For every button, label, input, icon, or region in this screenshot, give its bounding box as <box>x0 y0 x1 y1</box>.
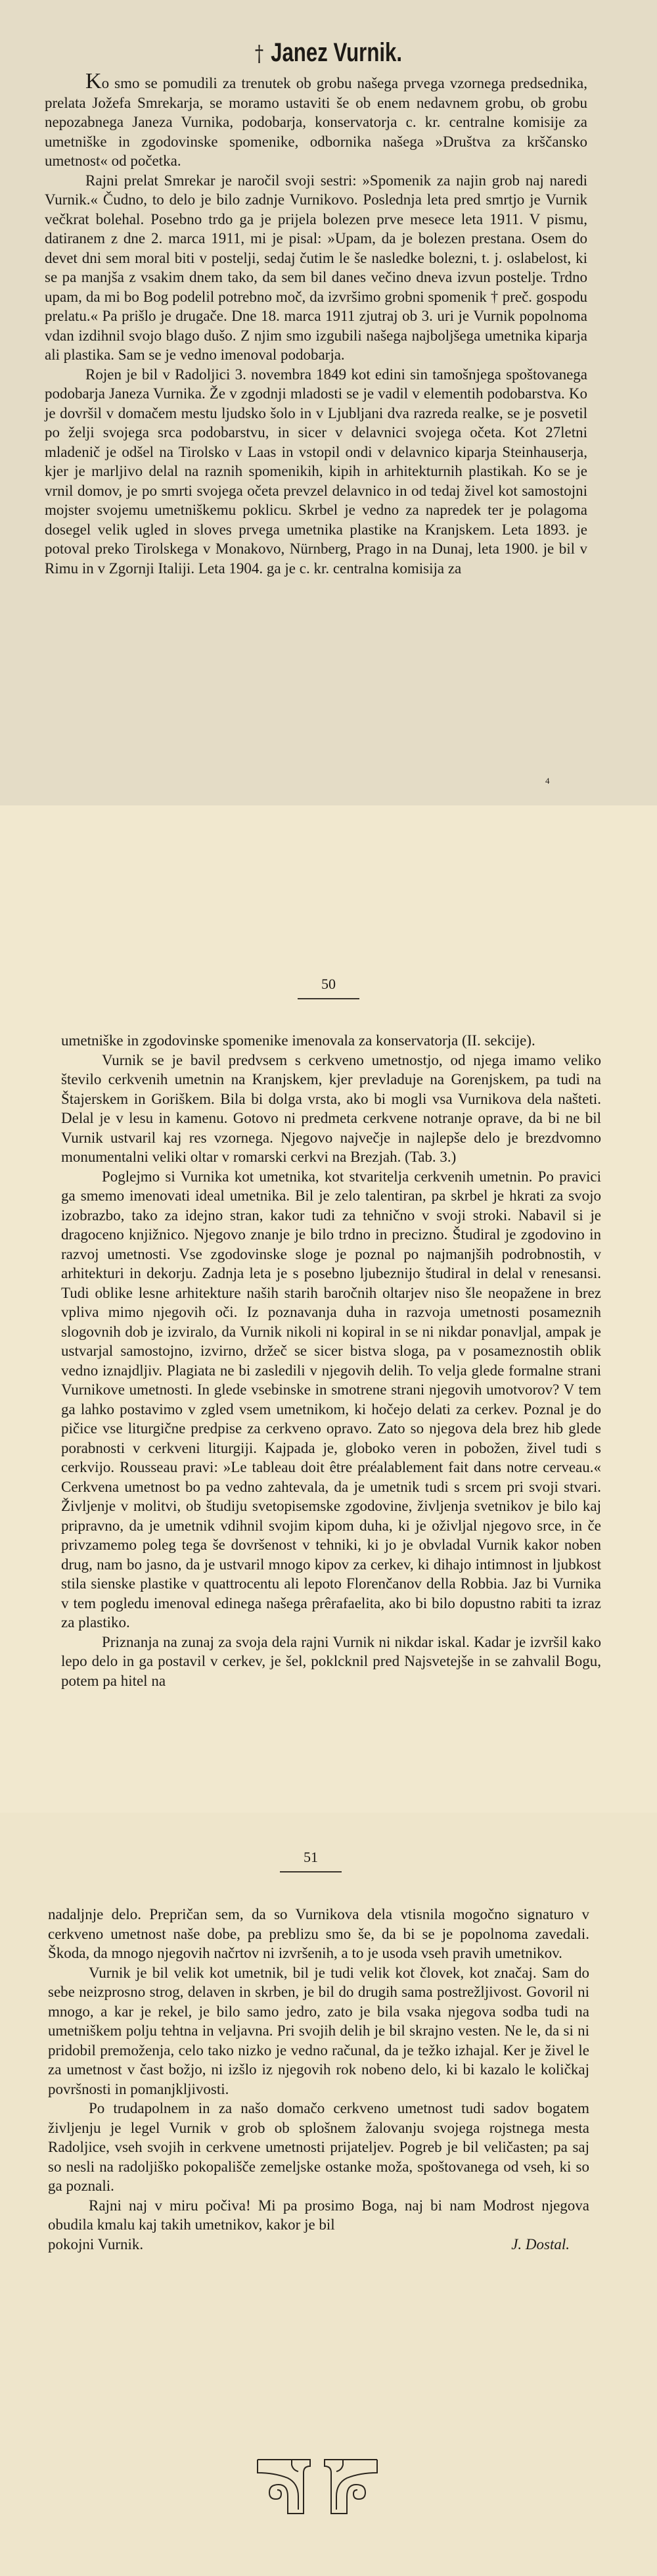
paragraph: Po trudapolnem in za našo domačo cerkven… <box>48 2099 589 2196</box>
page-3-body: nadaljnje delo. Prepričan sem, da so Vur… <box>48 1905 589 2254</box>
closing-signature-line: pokojni Vurnik. J. Dostal. <box>48 2235 589 2254</box>
page-number-50: 50 <box>296 976 361 999</box>
paragraph: umetniške in zgodovinske spomenike imeno… <box>61 1031 601 1051</box>
paragraph: Rajni naj v miru počiva! Mi pa prosimo B… <box>48 2196 589 2235</box>
paragraph: Vurnik se je bavil predvsem s cerkveno u… <box>61 1051 601 1167</box>
page-number-rule <box>298 998 359 999</box>
paragraph: Rajni prelat Smrekar je naročil svoji se… <box>45 171 587 365</box>
paragraph: Vurnik je bil velik kot umetnik, bil je … <box>48 1963 589 2099</box>
page-number-51: 51 <box>278 1849 344 1872</box>
paragraph: Rojen je bil v Radoljici 3. novembra 184… <box>45 365 587 579</box>
ornament-tailpiece-icon <box>255 2456 380 2516</box>
page-1: †Janez Vurnik. Ko smo se pomudili za tre… <box>0 0 657 805</box>
dagger-icon: † <box>255 41 263 67</box>
page-2-body: umetniške in zgodovinske spomenike imeno… <box>61 1031 601 1690</box>
page-number-rule <box>280 1871 342 1872</box>
paragraph: Ko smo se pomudili za trenutek ob grobu … <box>45 74 587 171</box>
page-1-body: Ko smo se pomudili za trenutek ob grobu … <box>45 74 587 578</box>
drop-cap: K <box>85 69 102 93</box>
author-name: J. Dostal. <box>511 2235 589 2254</box>
paragraph: Priznanja na zunaj za svoja dela rajni V… <box>61 1633 601 1691</box>
article-title: †Janez Vurnik. <box>72 38 585 68</box>
title-text: Janez Vurnik. <box>271 38 402 67</box>
paragraph: Poglejmo si Vurnika kot umetnika, kot st… <box>61 1167 601 1633</box>
signature-mark: 4 <box>545 776 550 786</box>
paragraph: nadaljnje delo. Prepričan sem, da so Vur… <box>48 1905 589 1963</box>
closing-line: pokojni Vurnik. <box>48 2235 143 2254</box>
